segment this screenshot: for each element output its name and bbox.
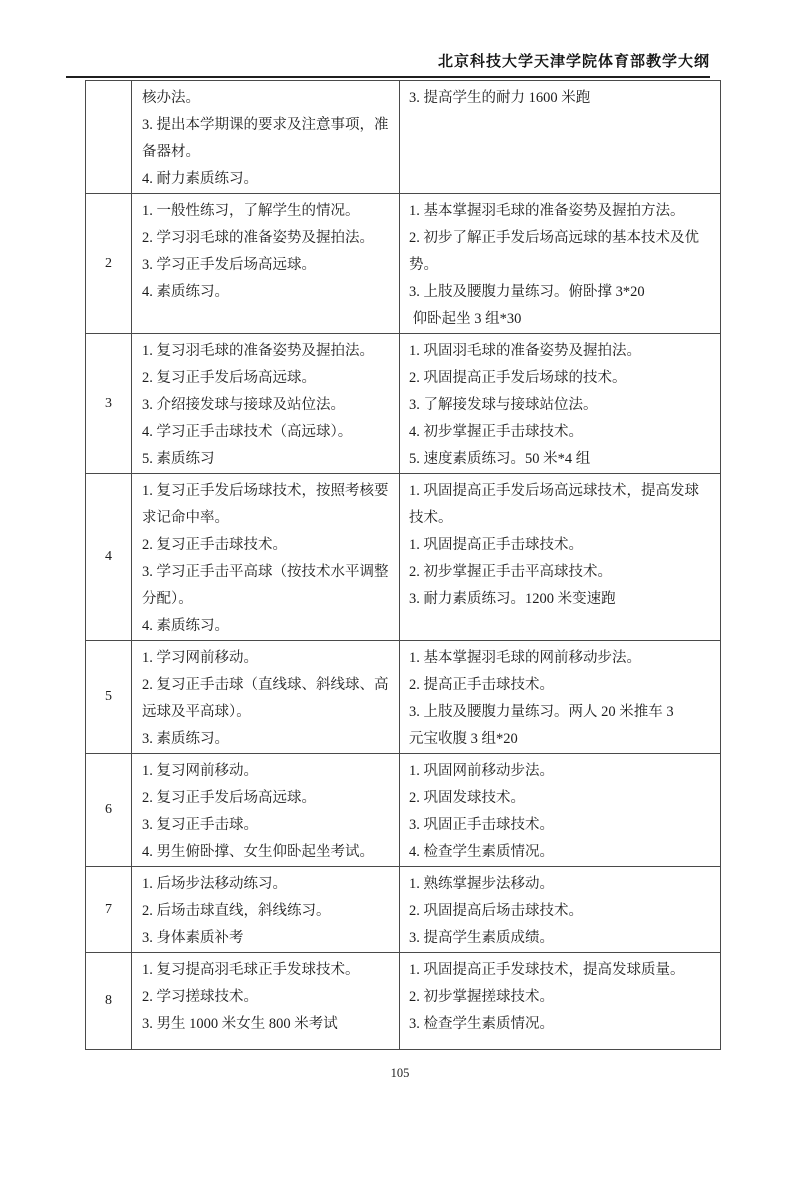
cell-line: 4. 男生俯卧撑、女生仰卧起坐考试。 bbox=[142, 839, 395, 866]
cell-line: 3. 复习正手击球。 bbox=[142, 812, 395, 839]
cell-line: 2. 学习搓球技术。 bbox=[142, 984, 395, 1011]
cell-line: 3. 上肢及腰腹力量练习。俯卧撑 3*20 bbox=[409, 279, 708, 306]
cell-line: 3. 素质练习。 bbox=[142, 726, 395, 753]
cell-line: 3. 学习正手击平高球（按技术水平调整分配）。 bbox=[142, 559, 395, 613]
page-footer: 105 bbox=[0, 1066, 800, 1081]
cell-line: 2. 复习正手发后场高远球。 bbox=[142, 365, 395, 392]
cell-line: 元宝收腹 3 组*20 bbox=[409, 726, 708, 753]
table-row: 31. 复习羽毛球的准备姿势及握拍法。2. 复习正手发后场高远球。3. 介绍接发… bbox=[86, 334, 721, 474]
cell-line: 1. 巩固提高正手发球技术，提高发球质量。 bbox=[409, 957, 708, 984]
table-row: 核办法。3. 提出本学期课的要求及注意事项，准备器材。4. 耐力素质练习。3. … bbox=[86, 81, 721, 194]
cell-line: 2. 复习正手发后场高远球。 bbox=[142, 785, 395, 812]
table-row: 71. 后场步法移动练习。2. 后场击球直线，斜线练习。3. 身体素质补考1. … bbox=[86, 867, 721, 953]
content-cell: 1. 后场步法移动练习。2. 后场击球直线，斜线练习。3. 身体素质补考 bbox=[132, 867, 400, 953]
content-cell: 1. 复习正手发后场球技术，按照考核要求记命中率。2. 复习正手击球技术。3. … bbox=[132, 474, 400, 641]
cell-line: 3. 提高学生的耐力 1600 米跑 bbox=[409, 85, 708, 112]
cell-line: 2. 巩固发球技术。 bbox=[409, 785, 708, 812]
cell-line: 3. 耐力素质练习。1200 米变速跑 bbox=[409, 586, 708, 613]
cell-line: 1. 巩固羽毛球的准备姿势及握拍法。 bbox=[409, 338, 708, 365]
cell-line: 1. 熟练掌握步法移动。 bbox=[409, 871, 708, 898]
cell-line: 3. 检查学生素质情况。 bbox=[409, 1011, 708, 1038]
header-title: 北京科技大学天津学院体育部教学大纲 bbox=[66, 54, 710, 71]
requirements-cell: 1. 熟练掌握步法移动。2. 巩固提高后场击球技术。3. 提高学生素质成绩。 bbox=[400, 867, 721, 953]
cell-line: 仰卧起坐 3 组*30 bbox=[409, 306, 708, 333]
cell-line: 2. 复习正手击球技术。 bbox=[142, 532, 395, 559]
cell-line: 2. 巩固提高正手发后场球的技术。 bbox=[409, 365, 708, 392]
table-row: 51. 学习网前移动。2. 复习正手击球（直线球、斜线球、高远球及平高球）。3.… bbox=[86, 641, 721, 754]
cell-line: 4. 学习正手击球技术（高远球）。 bbox=[142, 419, 395, 446]
cell-line: 1. 巩固网前移动步法。 bbox=[409, 758, 708, 785]
cell-line: 1. 后场步法移动练习。 bbox=[142, 871, 395, 898]
week-cell: 5 bbox=[86, 641, 132, 754]
content-cell: 核办法。3. 提出本学期课的要求及注意事项，准备器材。4. 耐力素质练习。 bbox=[132, 81, 400, 194]
page-number: 105 bbox=[391, 1066, 410, 1080]
week-cell: 7 bbox=[86, 867, 132, 953]
week-cell: 3 bbox=[86, 334, 132, 474]
cell-line: 2. 后场击球直线，斜线练习。 bbox=[142, 898, 395, 925]
cell-line: 3. 男生 1000 米女生 800 米考试 bbox=[142, 1011, 395, 1038]
table-row: 41. 复习正手发后场球技术，按照考核要求记命中率。2. 复习正手击球技术。3.… bbox=[86, 474, 721, 641]
cell-line: 4. 检查学生素质情况。 bbox=[409, 839, 708, 866]
page-header: 北京科技大学天津学院体育部教学大纲 bbox=[66, 54, 710, 78]
week-cell bbox=[86, 81, 132, 194]
cell-line: 4. 素质练习。 bbox=[142, 279, 395, 306]
cell-line: 3. 提高学生素质成绩。 bbox=[409, 925, 708, 952]
content-cell: 1. 复习网前移动。2. 复习正手发后场高远球。3. 复习正手击球。4. 男生俯… bbox=[132, 754, 400, 867]
cell-line: 1. 一般性练习，了解学生的情况。 bbox=[142, 198, 395, 225]
syllabus-table: 核办法。3. 提出本学期课的要求及注意事项，准备器材。4. 耐力素质练习。3. … bbox=[85, 80, 721, 1050]
requirements-cell: 1. 巩固提高正手发后场高远球技术，提高发球技术。1. 巩固提高正手击球技术。2… bbox=[400, 474, 721, 641]
content-cell: 1. 一般性练习，了解学生的情况。2. 学习羽毛球的准备姿势及握拍法。3. 学习… bbox=[132, 194, 400, 334]
week-cell: 8 bbox=[86, 953, 132, 1050]
cell-line: 4. 初步掌握正手击球技术。 bbox=[409, 419, 708, 446]
cell-line: 2. 学习羽毛球的准备姿势及握拍法。 bbox=[142, 225, 395, 252]
requirements-cell: 1. 巩固羽毛球的准备姿势及握拍法。2. 巩固提高正手发后场球的技术。3. 了解… bbox=[400, 334, 721, 474]
cell-line: 2. 巩固提高后场击球技术。 bbox=[409, 898, 708, 925]
content-cell: 1. 学习网前移动。2. 复习正手击球（直线球、斜线球、高远球及平高球）。3. … bbox=[132, 641, 400, 754]
content-cell: 1. 复习提高羽毛球正手发球技术。2. 学习搓球技术。3. 男生 1000 米女… bbox=[132, 953, 400, 1050]
content-cell: 1. 复习羽毛球的准备姿势及握拍法。2. 复习正手发后场高远球。3. 介绍接发球… bbox=[132, 334, 400, 474]
cell-line: 3. 巩固正手击球技术。 bbox=[409, 812, 708, 839]
requirements-cell: 3. 提高学生的耐力 1600 米跑 bbox=[400, 81, 721, 194]
cell-line: 2. 初步掌握正手击平高球技术。 bbox=[409, 559, 708, 586]
cell-line: 1. 学习网前移动。 bbox=[142, 645, 395, 672]
week-cell: 4 bbox=[86, 474, 132, 641]
cell-line: 3. 介绍接发球与接球及站位法。 bbox=[142, 392, 395, 419]
cell-line: 1. 基本掌握羽毛球的网前移动步法。 bbox=[409, 645, 708, 672]
requirements-cell: 1. 基本掌握羽毛球的准备姿势及握拍方法。2. 初步了解正手发后场高远球的基本技… bbox=[400, 194, 721, 334]
week-cell: 2 bbox=[86, 194, 132, 334]
cell-line: 1. 复习正手发后场球技术，按照考核要求记命中率。 bbox=[142, 478, 395, 532]
cell-line: 5. 素质练习 bbox=[142, 446, 395, 473]
cell-line: 2. 复习正手击球（直线球、斜线球、高远球及平高球）。 bbox=[142, 672, 395, 726]
cell-line: 3. 学习正手发后场高远球。 bbox=[142, 252, 395, 279]
cell-line: 1. 复习羽毛球的准备姿势及握拍法。 bbox=[142, 338, 395, 365]
cell-line: 3. 提出本学期课的要求及注意事项，准备器材。 bbox=[142, 112, 395, 166]
cell-line: 核办法。 bbox=[142, 85, 395, 112]
cell-line: 1. 巩固提高正手击球技术。 bbox=[409, 532, 708, 559]
cell-line: 2. 提高正手击球技术。 bbox=[409, 672, 708, 699]
requirements-cell: 1. 基本掌握羽毛球的网前移动步法。2. 提高正手击球技术。3. 上肢及腰腹力量… bbox=[400, 641, 721, 754]
cell-line: 4. 耐力素质练习。 bbox=[142, 166, 395, 193]
table-row: 21. 一般性练习，了解学生的情况。2. 学习羽毛球的准备姿势及握拍法。3. 学… bbox=[86, 194, 721, 334]
cell-line: 1. 复习网前移动。 bbox=[142, 758, 395, 785]
cell-line: 1. 基本掌握羽毛球的准备姿势及握拍方法。 bbox=[409, 198, 708, 225]
cell-line: 5. 速度素质练习。50 米*4 组 bbox=[409, 446, 708, 473]
cell-line: 1. 复习提高羽毛球正手发球技术。 bbox=[142, 957, 395, 984]
cell-line: 1. 巩固提高正手发后场高远球技术，提高发球技术。 bbox=[409, 478, 708, 532]
cell-line: 2. 初步了解正手发后场高远球的基本技术及优势。 bbox=[409, 225, 708, 279]
syllabus-table-body: 核办法。3. 提出本学期课的要求及注意事项，准备器材。4. 耐力素质练习。3. … bbox=[86, 81, 721, 1050]
cell-line: 2. 初步掌握搓球技术。 bbox=[409, 984, 708, 1011]
table-row: 61. 复习网前移动。2. 复习正手发后场高远球。3. 复习正手击球。4. 男生… bbox=[86, 754, 721, 867]
cell-line: 3. 了解接发球与接球站位法。 bbox=[409, 392, 708, 419]
table-row: 81. 复习提高羽毛球正手发球技术。2. 学习搓球技术。3. 男生 1000 米… bbox=[86, 953, 721, 1050]
cell-line: 3. 上肢及腰腹力量练习。两人 20 米推车 3 bbox=[409, 699, 708, 726]
cell-line: 4. 素质练习。 bbox=[142, 613, 395, 640]
requirements-cell: 1. 巩固网前移动步法。2. 巩固发球技术。3. 巩固正手击球技术。4. 检查学… bbox=[400, 754, 721, 867]
cell-line: 3. 身体素质补考 bbox=[142, 925, 395, 952]
requirements-cell: 1. 巩固提高正手发球技术，提高发球质量。2. 初步掌握搓球技术。3. 检查学生… bbox=[400, 953, 721, 1050]
week-cell: 6 bbox=[86, 754, 132, 867]
